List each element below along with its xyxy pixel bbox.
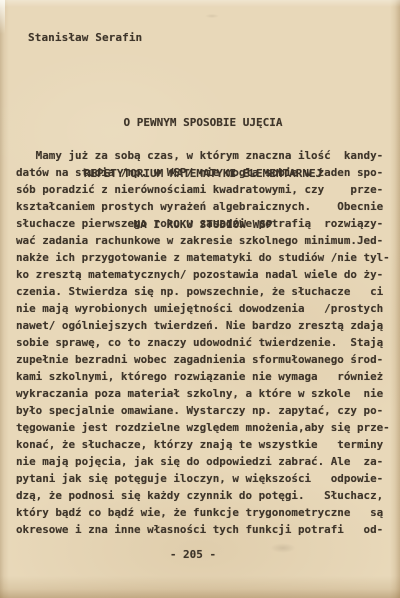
- scanned-page: Stanisław Serafin O PEWNYM SPOSOBIE UJĘC…: [0, 0, 400, 598]
- scan-edge-artifact: [0, 0, 5, 34]
- body-text: Mamy już za sobą czas, w którym znaczna …: [16, 147, 390, 538]
- author-line: Stanisław Serafin: [28, 32, 142, 43]
- page-number: - 205 -: [0, 549, 386, 560]
- title-line-1: O PEWNYM SPOSOBIE UJĘCIA: [10, 114, 396, 131]
